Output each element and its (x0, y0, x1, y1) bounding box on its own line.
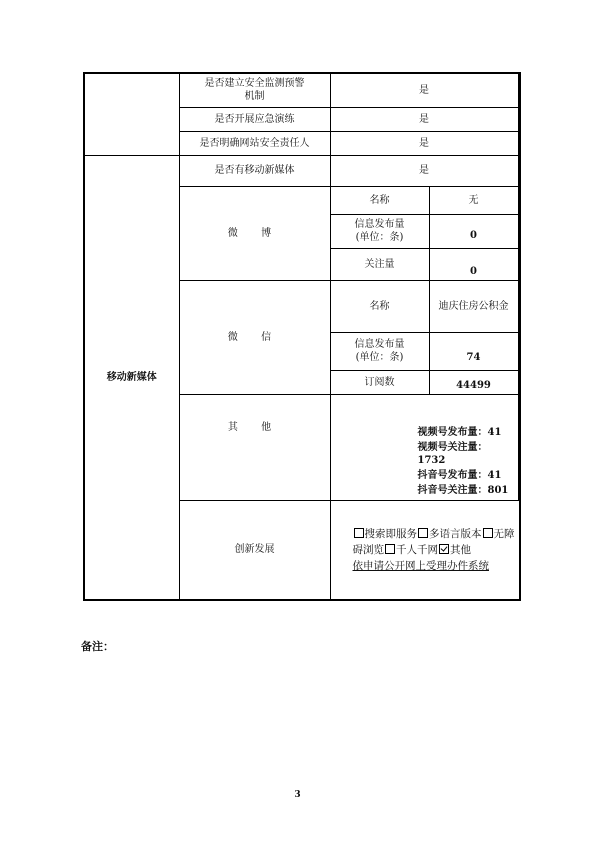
wechat-name-label: 名称 (330, 280, 429, 332)
wechat-subscribers-label: 订阅数 (330, 370, 429, 394)
weibo-label: 微 博 (179, 186, 330, 280)
checkbox-personalized[interactable] (385, 544, 395, 554)
option-label: 多语言版本 (429, 528, 482, 540)
wechat-name-value: 迪庆住房公积金 (429, 280, 518, 332)
weibo-name-value: 无 (429, 186, 518, 214)
option-label: 搜索即服务 (365, 528, 418, 540)
checkbox-accessibility[interactable] (483, 528, 493, 538)
other-stat-line: 视频号发布量：41 (418, 426, 516, 439)
option-label: 其他 (450, 544, 471, 556)
innovation-section-label: 创新发展 (179, 500, 330, 600)
option-label: 千人千网 (396, 544, 438, 556)
weibo-posts-label: 信息发布量 (单位：条) (330, 214, 429, 248)
table-row: 移动新媒体 是否有移动新媒体 是 (84, 155, 520, 186)
other-media-label: 其 他 (179, 394, 330, 500)
wechat-posts-value: 74 (429, 332, 518, 370)
row-label: 是否开展应急演练 (179, 107, 330, 131)
checkbox-multilanguage[interactable] (418, 528, 428, 538)
wechat-posts-label: 信息发布量 (单位：条) (330, 332, 429, 370)
wechat-label: 微 信 (179, 280, 330, 394)
mobile-media-section-label: 移动新媒体 (84, 155, 179, 600)
checkbox-other[interactable] (439, 544, 449, 554)
checkbox-search-service[interactable] (354, 528, 364, 538)
has-media-label: 是否有移动新媒体 (179, 155, 330, 186)
row-value: 是 (330, 107, 518, 131)
weibo-name-label: 名称 (330, 186, 429, 214)
website-stats-table: 是否建立安全监测预警机制 是 是否开展应急演练 是 是否明确网站安全责任人 是 … (83, 72, 521, 601)
other-stat-line: 1732 (418, 454, 516, 467)
other-stat-line: 视频号关注量： (418, 441, 516, 454)
row-value: 是 (330, 73, 518, 107)
innovation-other-text: 依申请公开网上受理办件系统 (353, 558, 518, 574)
row-label: 是否建立安全监测预警机制 (179, 73, 330, 107)
row-label: 是否明确网站安全责任人 (179, 131, 330, 155)
innovation-checkbox-list: 搜索即服务多语言版本无障碍浏览千人千网其他 (353, 526, 518, 558)
other-stat-line: 抖音号发布量：41 (418, 469, 516, 482)
innovation-options: 搜索即服务多语言版本无障碍浏览千人千网其他 依申请公开网上受理办件系统 (330, 500, 520, 600)
weibo-posts-value: 0 (429, 214, 518, 248)
has-media-value: 是 (330, 155, 518, 186)
table-row: 是否建立安全监测预警机制 是 (84, 73, 520, 107)
other-media-stats: 视频号发布量：41 视频号关注量： 1732 抖音号发布量：41 抖音号关注量：… (330, 394, 518, 500)
weibo-followers-label: 关注量 (330, 248, 429, 280)
wechat-subscribers-value: 44499 (429, 370, 518, 394)
page-number: 3 (0, 790, 595, 800)
row-value: 是 (330, 131, 518, 155)
other-stat-line: 抖音号关注量：801 (418, 484, 516, 497)
remark-label: 备注： (81, 638, 114, 654)
weibo-followers-value: 0 (429, 248, 518, 280)
security-section-cell (84, 73, 179, 155)
document-page: 是否建立安全监测预警机制 是 是否开展应急演练 是 是否明确网站安全责任人 是 … (0, 0, 595, 842)
